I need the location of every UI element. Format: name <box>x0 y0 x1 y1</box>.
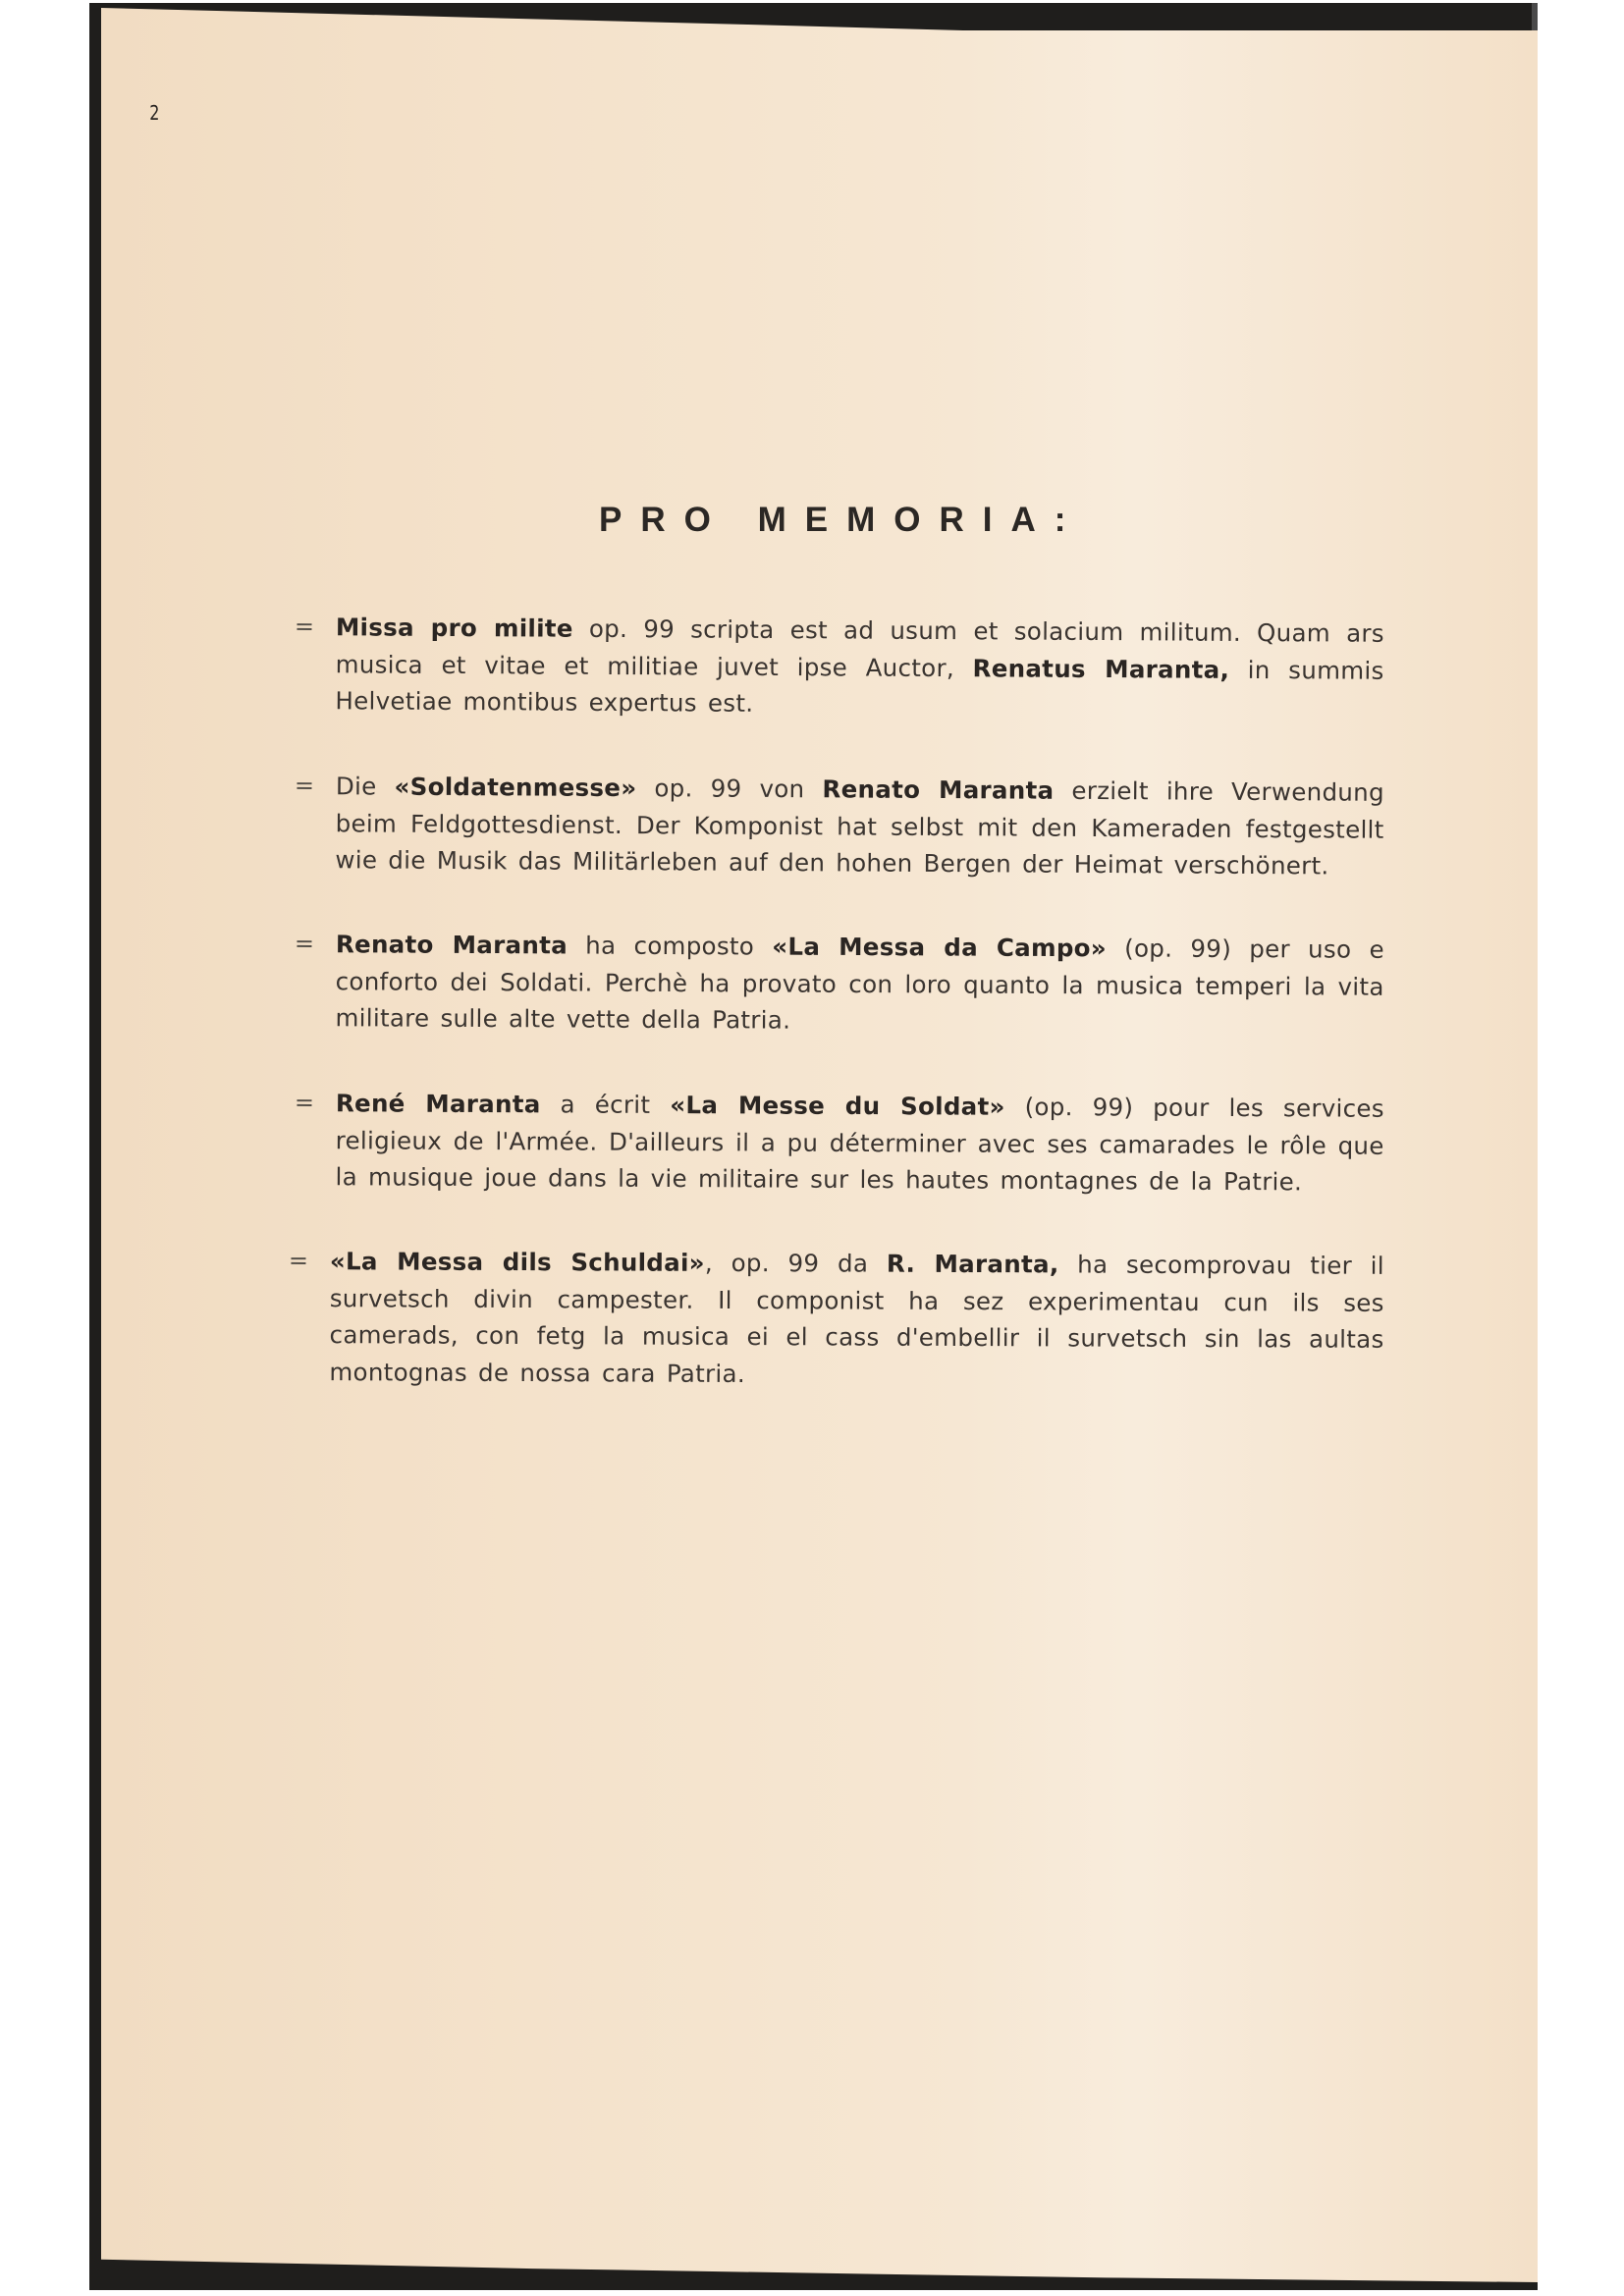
emphasized-text: «Soldatenmesse» <box>394 772 636 802</box>
page-number: 2 <box>149 101 159 125</box>
entry-text: Die «Soldatenmesse» op. 99 von Renato Ma… <box>335 772 1384 880</box>
emphasized-text: «La Messa da Campo» <box>772 933 1107 963</box>
emphasized-text: René Maranta <box>336 1089 541 1118</box>
cover-edge <box>1532 3 1538 32</box>
emphasized-text: «La Messa dils Schuldai» <box>330 1247 705 1277</box>
emphasized-text: Renato Maranta <box>336 930 568 959</box>
entry-text: Missa pro milite op. 99 scripta est ad u… <box>335 613 1384 718</box>
entry-text: Renato Maranta ha composto «La Messa da … <box>335 930 1384 1034</box>
equals-marker: = <box>295 926 315 963</box>
entry-italian: = Renato Maranta ha composto «La Messa d… <box>294 926 1384 1041</box>
entry-french: = René Maranta a écrit «La Messe du Sold… <box>294 1085 1384 1201</box>
equals-marker: = <box>289 1243 309 1280</box>
page-title: PRO MEMORIA: <box>599 501 1110 540</box>
entry-romansh: = «La Messa dils Schuldai», op. 99 da R.… <box>288 1243 1384 1395</box>
emphasized-text: Renatus Maranta, <box>972 654 1229 684</box>
entry-text: «La Messa dils Schuldai», op. 99 da R. M… <box>329 1247 1384 1387</box>
text-run: a écrit <box>541 1090 671 1119</box>
equals-marker: = <box>295 768 315 805</box>
text-run: ha composto <box>568 931 773 960</box>
text-run: Die <box>336 772 395 800</box>
text-run: , op. 99 da <box>705 1249 887 1278</box>
entry-german: = Die «Soldatenmesse» op. 99 von Renato … <box>294 768 1384 884</box>
equals-marker: = <box>295 609 315 646</box>
emphasized-text: Missa pro milite <box>336 613 573 642</box>
entry-text: René Maranta a écrit «La Messe du Soldat… <box>335 1089 1384 1196</box>
emphasized-text: Renato Maranta <box>822 774 1054 804</box>
entry-latin: = Missa pro milite op. 99 scripta est ad… <box>294 609 1384 725</box>
emphasized-text: R. Maranta, <box>887 1250 1059 1279</box>
emphasized-text: «La Messe du Soldat» <box>670 1091 1005 1121</box>
memo-entries: = Missa pro milite op. 99 scripta est ad… <box>295 609 1384 1438</box>
text-run: op. 99 von <box>636 774 822 803</box>
equals-marker: = <box>295 1085 315 1122</box>
